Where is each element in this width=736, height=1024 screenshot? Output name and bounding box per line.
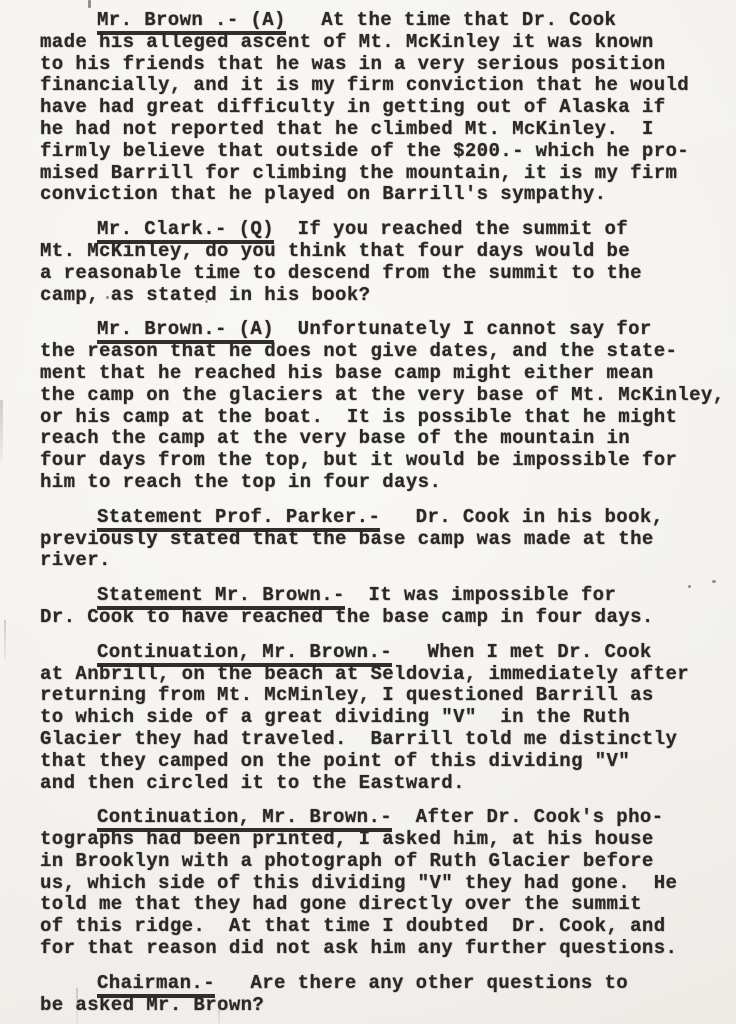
scan-scratch (76, 988, 78, 1024)
scan-artifact (205, 300, 208, 303)
line-text: After Dr. Cook's pho- (392, 806, 663, 828)
text-line: us, which side of this dividing "V" they… (40, 873, 730, 895)
text-line: told me that they had gone directly over… (40, 894, 730, 916)
text-line: the reason that he does not give dates, … (40, 341, 730, 363)
transcript-paragraph: Continuation, Mr. Brown.- After Dr. Cook… (40, 807, 730, 960)
text-line: returning from Mt. McMinley, I questione… (40, 685, 730, 707)
text-line: river. (40, 550, 730, 572)
text-line: camp, as stated in his book? (40, 285, 730, 307)
line-text: It was impossible for (345, 584, 616, 606)
text-line: he had not reported that he climbed Mt. … (40, 119, 730, 141)
scan-artifact (106, 296, 109, 299)
text-line: made his alleged ascent of Mt. McKinley … (40, 32, 730, 54)
text-line: to which side of a great dividing "V" in… (40, 707, 730, 729)
text-line: ment that he reached his base camp might… (40, 363, 730, 385)
text-line: and then circled it to the Eastward. (40, 773, 730, 795)
line-text: Unfortunately I cannot say for (274, 318, 652, 340)
text-line: that they camped on the point of this di… (40, 751, 730, 773)
scan-artifact (688, 585, 691, 588)
text-line: Statement Mr. Brown.- It was impossible … (40, 585, 730, 607)
scan-artifact (712, 580, 716, 583)
scan-scratch (218, 1000, 220, 1024)
line-text: Are there any other questions to (215, 972, 628, 994)
text-line: reach the camp at the very base of the m… (40, 428, 730, 450)
text-line: four days from the top, but it would be … (40, 450, 730, 472)
transcript-paragraph: Statement Mr. Brown.- It was impossible … (40, 585, 730, 629)
scan-artifact (318, 528, 321, 531)
text-line: for that reason did not ask him any furt… (40, 938, 730, 960)
text-line: Mr. Brown.- (A) Unfortunately I cannot s… (40, 319, 730, 341)
text-line: at Anbrill, on the beach at Seldovia, im… (40, 664, 730, 686)
text-line: a reasonable time to descend from the su… (40, 263, 730, 285)
text-line: Mt. McKinley, do you think that four day… (40, 241, 730, 263)
line-text: At the time that Dr. Cook (286, 9, 616, 31)
text-line: Mr. Clark.- (Q) If you reached the summi… (40, 219, 730, 241)
scan-artifact (88, 0, 91, 8)
transcript-paragraph: Statement Prof. Parker.- Dr. Cook in his… (40, 507, 730, 572)
text-line: in Brooklyn with a photograph of Ruth Gl… (40, 851, 730, 873)
text-line: Mr. Brown .- (A) At the time that Dr. Co… (40, 10, 730, 32)
transcript-paragraph: Mr. Clark.- (Q) If you reached the summi… (40, 219, 730, 306)
text-line: conviction that he played on Barrill's s… (40, 184, 730, 206)
text-line: have had great difficulty in getting out… (40, 97, 730, 119)
text-line: mised Barrill for climbing the mountain,… (40, 163, 730, 185)
text-line: financially, and it is my firm convictio… (40, 75, 730, 97)
transcript-paragraph: Continuation, Mr. Brown.- When I met Dr.… (40, 642, 730, 795)
text-line: of this ridge. At that time I doubted Dr… (40, 916, 730, 938)
text-line: be asked Mr. Brown? (40, 995, 730, 1017)
text-line: the camp on the glaciers at the very bas… (40, 385, 730, 407)
line-text: If you reached the summit of (274, 218, 628, 240)
transcript-paragraph: Mr. Brown .- (A) At the time that Dr. Co… (40, 10, 730, 206)
transcript-paragraph: Chairman.- Are there any other questions… (40, 973, 730, 1017)
text-line: or his camp at the boat. It is possible … (40, 407, 730, 429)
text-line: Continuation, Mr. Brown.- After Dr. Cook… (40, 807, 730, 829)
text-line: Continuation, Mr. Brown.- When I met Dr.… (40, 642, 730, 664)
text-line: Chairman.- Are there any other questions… (40, 973, 730, 995)
text-line: him to reach the top in four days. (40, 472, 730, 494)
text-line: firmly believe that outside of the $200.… (40, 141, 730, 163)
scan-scratch (4, 620, 6, 660)
text-line: to his friends that he was in a very ser… (40, 54, 730, 76)
text-line: tographs had been printed, I asked him, … (40, 829, 730, 851)
transcript-paragraph: Mr. Brown.- (A) Unfortunately I cannot s… (40, 319, 730, 493)
text-line: Statement Prof. Parker.- Dr. Cook in his… (40, 507, 730, 529)
line-text: Dr. Cook in his book, (380, 506, 663, 528)
text-line: Glacier they had traveled. Barrill told … (40, 729, 730, 751)
document-page: Mr. Brown .- (A) At the time that Dr. Co… (0, 0, 736, 1024)
text-line: previously stated that the base camp was… (40, 529, 730, 551)
scan-scratch (0, 400, 3, 460)
transcript: Mr. Brown .- (A) At the time that Dr. Co… (40, 10, 730, 1016)
text-line: Dr. Cook to have reached the base camp i… (40, 607, 730, 629)
line-text: When I met Dr. Cook (392, 641, 652, 663)
